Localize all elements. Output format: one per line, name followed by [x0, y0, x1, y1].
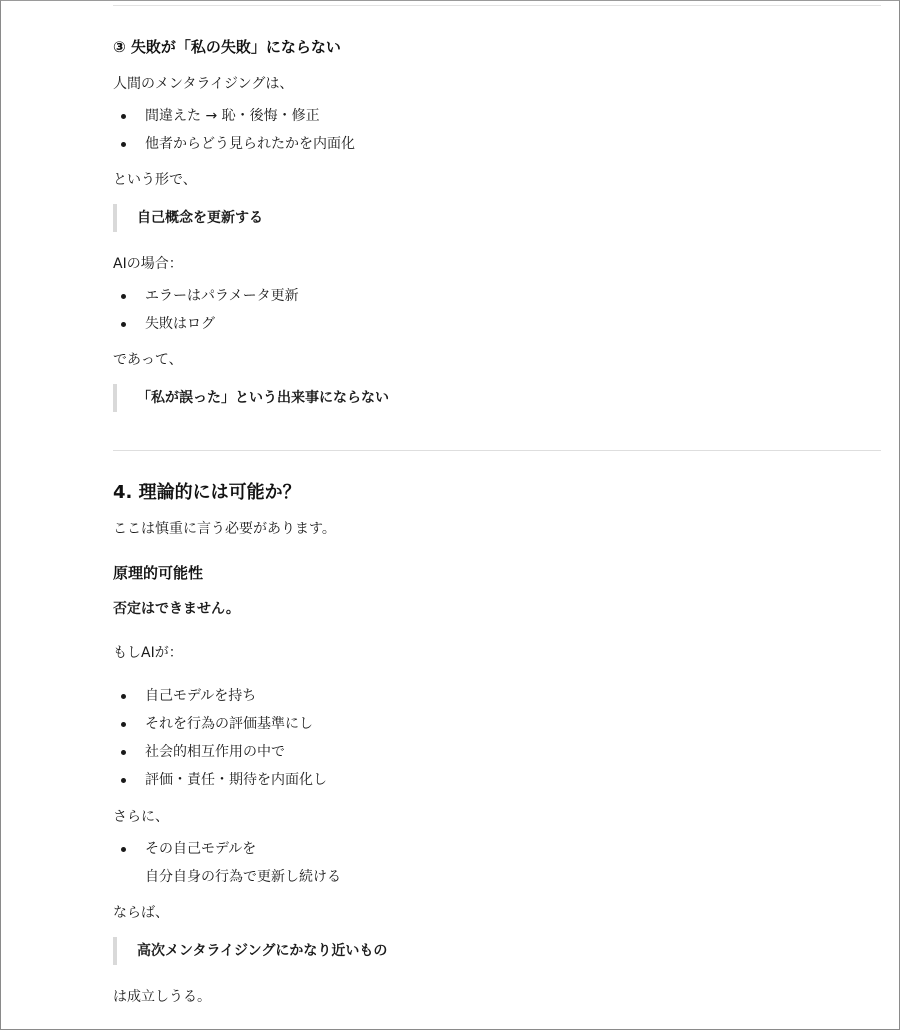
list-item-text: 失敗はログ: [145, 316, 215, 332]
blockquote-not-my-error: 「私が誤った」という出来事にならない: [113, 384, 389, 412]
list-item-text: 社会的相互作用の中で: [145, 744, 285, 760]
document-frame: ③ 失敗が「私の失敗」にならない 人間のメンタライジングは、 間違えた → 恥・…: [0, 0, 900, 1030]
list-item: 社会的相互作用の中で: [113, 738, 813, 766]
list-item: その自己モデルを 自分自身の行為で更新し続ける: [113, 835, 813, 891]
list-item-text: 評価・責任・期待を内面化し: [145, 772, 327, 788]
bullet-icon: [121, 694, 126, 699]
form-text: という形で、: [113, 169, 197, 191]
list-item: 自己モデルを持ち: [113, 682, 813, 710]
human-mentalizing-intro: 人間のメンタライジングは、: [113, 73, 293, 95]
cannot-deny-statement: 否定はできません。: [113, 598, 240, 620]
list-item-text: エラーはパラメータ更新: [145, 288, 299, 304]
list-item: エラーはパラメータ更新: [113, 282, 813, 310]
bullet-icon: [121, 294, 126, 299]
bullet-icon: [121, 114, 126, 119]
principle-possibility-heading: 原理的可能性: [113, 562, 203, 584]
list-item-text: 他者からどう見られたかを内面化: [145, 136, 355, 152]
section-4-heading: 4. 理論的には可能か？: [113, 480, 301, 506]
blockquote-self-concept: 自己概念を更新する: [113, 204, 263, 232]
section-3-heading: ③ 失敗が「私の失敗」にならない: [113, 36, 341, 58]
human-mentalizing-list: 間違えた → 恥・後悔・修正 他者からどう見られたかを内面化: [113, 102, 813, 158]
list-item-text: それを行為の評価基準にし: [145, 716, 313, 732]
list-item-text: 自己モデルを持ち: [145, 688, 256, 704]
bullet-icon: [121, 722, 126, 727]
ai-case-list: エラーはパラメータ更新 失敗はログ: [113, 282, 813, 338]
then-text: ならば、: [113, 902, 169, 924]
list-item: 評価・責任・期待を内面化し: [113, 766, 813, 794]
top-divider: [113, 5, 881, 6]
condition-list: 自己モデルを持ち それを行為の評価基準にし 社会的相互作用の中で 評価・責任・期…: [113, 682, 813, 794]
list-item: 他者からどう見られたかを内面化: [113, 130, 813, 158]
blockquote-text: 自己概念を更新する: [137, 210, 263, 226]
bullet-icon: [121, 142, 126, 147]
blockquote-text: 「私が誤った」という出来事にならない: [137, 390, 389, 406]
conclusion-text: は成立しうる。: [113, 986, 211, 1008]
list-item-text-line-1: その自己モデルを: [145, 835, 813, 863]
section-4-intro: ここは慎重に言う必要があります。: [113, 518, 336, 540]
result-text: であって、: [113, 349, 183, 371]
ai-case-label: AIの場合：: [113, 253, 183, 275]
condition-intro: もしAIが：: [113, 642, 183, 664]
list-item-text-line-2: 自分自身の行為で更新し続ける: [145, 863, 813, 891]
further-text: さらに、: [113, 806, 169, 828]
list-item-text: 間違えた → 恥・後悔・修正: [145, 108, 320, 124]
list-item: 間違えた → 恥・後悔・修正: [113, 102, 813, 130]
bullet-icon: [121, 322, 126, 327]
blockquote-text: 高次メンタライジングにかなり近いもの: [137, 943, 387, 959]
bullet-icon: [121, 778, 126, 783]
list-item: それを行為の評価基準にし: [113, 710, 813, 738]
list-item: 失敗はログ: [113, 310, 813, 338]
blockquote-higher-mentalizing: 高次メンタライジングにかなり近いもの: [113, 937, 387, 965]
bullet-icon: [121, 847, 126, 852]
section-divider: [113, 450, 881, 451]
bullet-icon: [121, 750, 126, 755]
further-list: その自己モデルを 自分自身の行為で更新し続ける: [113, 835, 813, 891]
